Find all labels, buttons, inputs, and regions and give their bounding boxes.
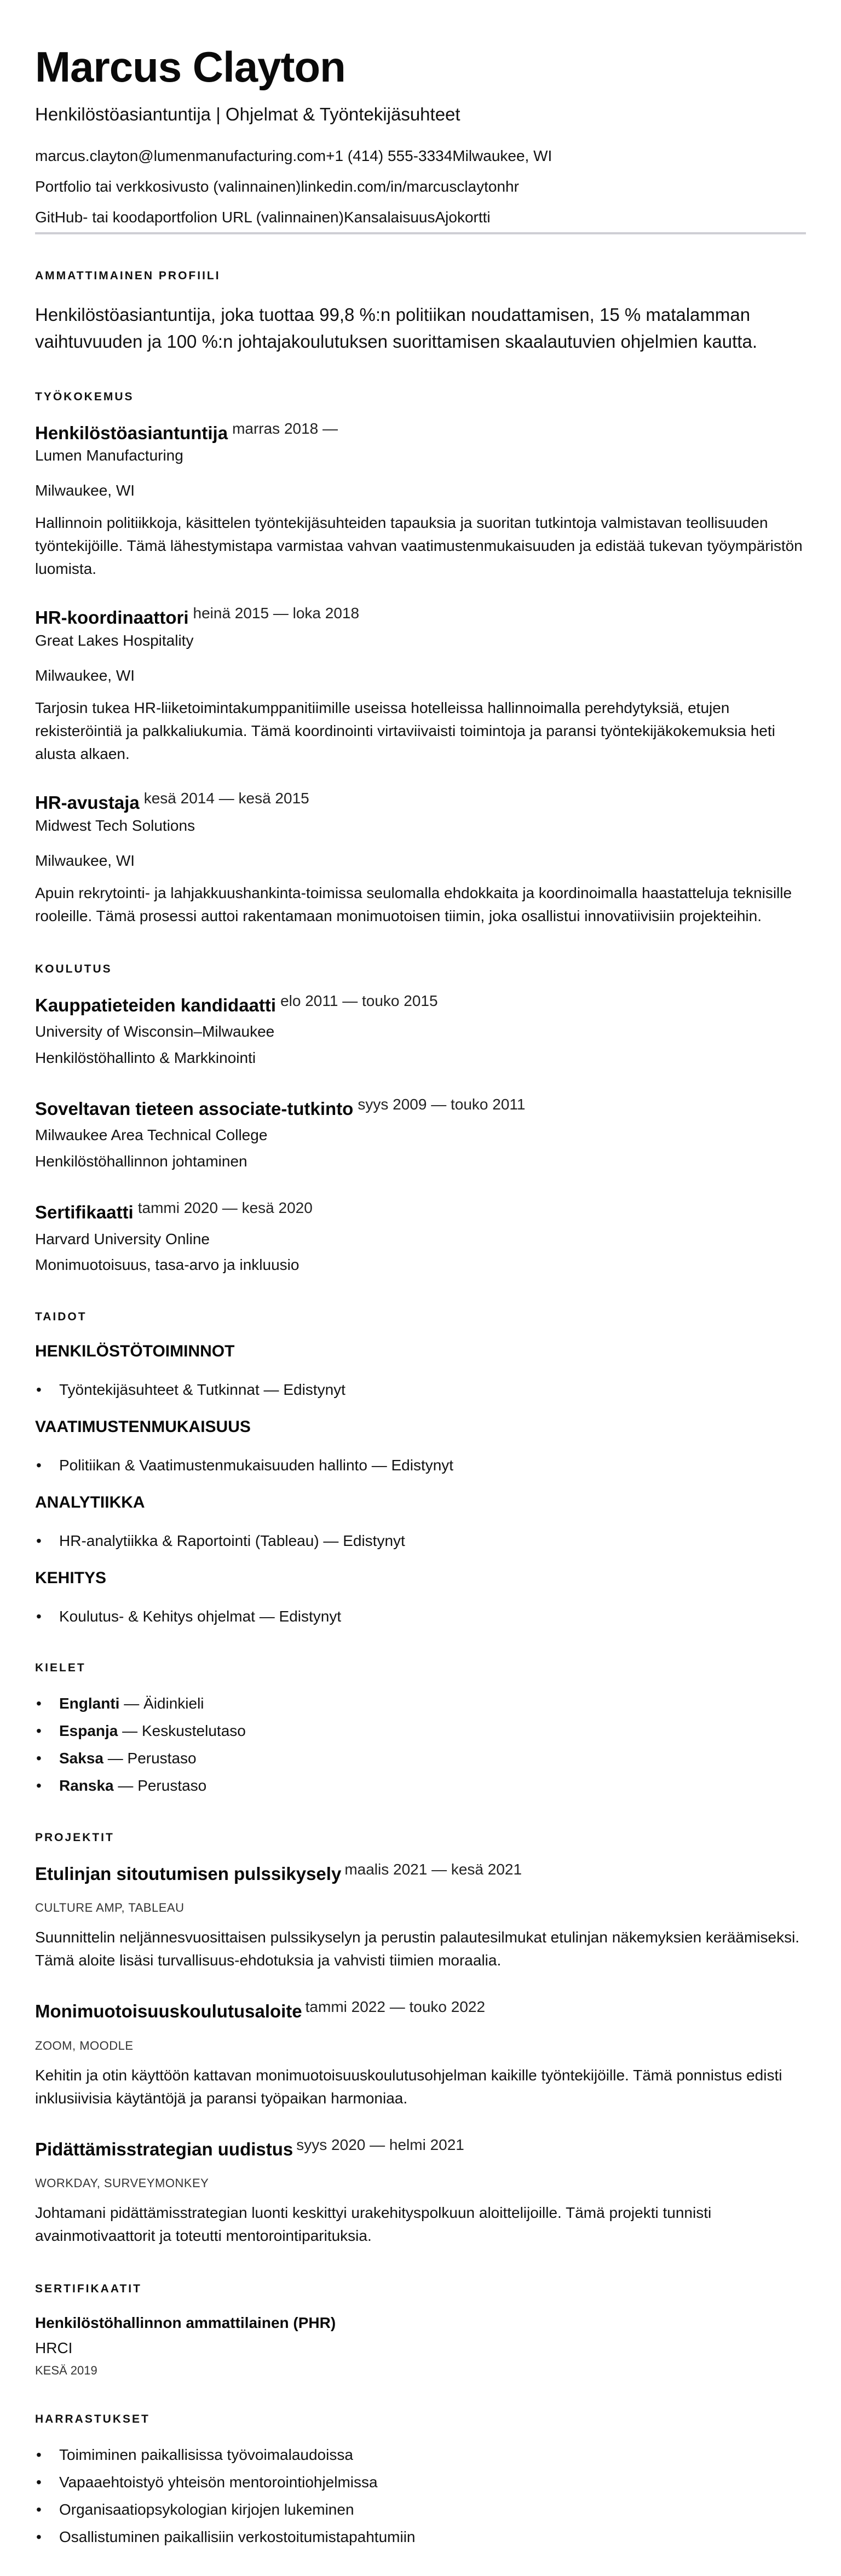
skill-group: AnalytiikkaHR-analytiikka & Raportointi … xyxy=(35,1493,806,1551)
education-date: syys 2009 — touko 2011 xyxy=(358,1096,525,1113)
language-level: Keskustelutaso xyxy=(142,1722,246,1739)
linkedin-link[interactable]: linkedin.com/in/marcusclaytonhr xyxy=(301,178,519,195)
job-description: Tarjosin tukea HR-liiketoimintakumppanit… xyxy=(35,697,813,766)
education-header: Soveltavan tieteen associate-tutkintosyy… xyxy=(35,1098,806,1120)
headline: Henkilöstöasiantuntija | Ohjelmat & Työn… xyxy=(35,103,806,127)
school-name: Milwaukee Area Technical College xyxy=(35,1125,806,1146)
resume-page: Marcus Clayton Henkilöstöasiantuntija | … xyxy=(0,0,841,2576)
skills-list: HenkilöstötoiminnotTyöntekijäsuhteet & T… xyxy=(35,1342,806,1626)
project-title: Monimuotoisuuskoulutusaloite xyxy=(35,2000,302,2022)
projects-list: Etulinjan sitoutumisen pulssikyselymaali… xyxy=(35,1863,806,2248)
job-location: Milwaukee, WI xyxy=(35,482,806,499)
hobby-item: Organisaatiopsykologian kirjojen lukemin… xyxy=(35,2499,806,2520)
education-header: Sertifikaattitammi 2020 — kesä 2020 xyxy=(35,1201,806,1223)
certificates-list: Henkilöstöhallinnon ammattilainen (PHR)H… xyxy=(35,2314,806,2378)
job-header: Henkilöstöasiantuntijamarras 2018 — xyxy=(35,422,806,444)
header-divider xyxy=(35,232,806,234)
field-of-study: Monimuotoisuus, tasa-arvo ja inkluusio xyxy=(35,1255,806,1275)
project-tech: Culture Amp, Tableau xyxy=(35,1901,806,1915)
skill-group-title: Kehitys xyxy=(35,1569,806,1588)
language-item: Saksa — Perustaso xyxy=(35,1748,806,1769)
education-date: elo 2011 — touko 2015 xyxy=(280,992,437,1010)
education-date: tammi 2020 — kesä 2020 xyxy=(138,1199,313,1217)
skill-group: HenkilöstötoiminnotTyöntekijäsuhteet & T… xyxy=(35,1342,806,1400)
education-entry: Sertifikaattitammi 2020 — kesä 2020Harva… xyxy=(35,1201,806,1275)
contact-info: marcus.clayton@lumenmanufacturing.com+1 … xyxy=(35,146,806,228)
language-name: Saksa xyxy=(59,1750,103,1767)
job-header: HR-koordinaattoriheinä 2015 — loka 2018 xyxy=(35,607,806,629)
section-title-education: Koulutus xyxy=(35,963,806,976)
job-description: Hallinnoin politiikkoja, käsittelen työn… xyxy=(35,511,813,580)
skills-section: Taidot HenkilöstötoiminnotTyöntekijäsuht… xyxy=(35,1310,806,1626)
section-title-languages: Kielet xyxy=(35,1661,806,1675)
project-title: Etulinjan sitoutumisen pulssikysely xyxy=(35,1863,341,1885)
project-description: Kehitin ja otin käyttöön kattavan monimu… xyxy=(35,2064,813,2110)
language-item: Ranska — Perustaso xyxy=(35,1775,806,1796)
certificate-date: kesä 2019 xyxy=(35,2364,806,2378)
language-item: Espanja — Keskustelutaso xyxy=(35,1721,806,1741)
languages-section: Kielet Englanti — ÄidinkieliEspanja — Ke… xyxy=(35,1661,806,1796)
section-title-skills: Taidot xyxy=(35,1310,806,1324)
project-title: Pidättämisstrategian uudistus xyxy=(35,2138,293,2160)
degree-title: Sertifikaatti xyxy=(35,1201,134,1223)
hobby-item: Osallistuminen paikallisiin verkostoitum… xyxy=(35,2527,806,2548)
hobbies-section: Harrastukset Toimiminen paikallisissa ty… xyxy=(35,2413,806,2547)
project-date: tammi 2022 — touko 2022 xyxy=(306,1998,485,2016)
email-link[interactable]: marcus.clayton@lumenmanufacturing.com xyxy=(35,147,326,164)
skill-items: Työntekijäsuhteet & Tutkinnat — Edistyny… xyxy=(35,1379,806,1400)
job-date: marras 2018 — xyxy=(232,420,338,438)
contact-row-extra: GitHub- tai koodaportfolion URL (valinna… xyxy=(35,208,806,227)
skill-item: Koulutus- & Kehitys ohjelmat — Edistynyt xyxy=(35,1606,806,1627)
language-level: Äidinkieli xyxy=(143,1695,204,1712)
drivers-license-text: Ajokortti xyxy=(435,209,491,226)
hobbies-list: Toimiminen paikallisissa työvoimalaudois… xyxy=(35,2445,806,2547)
education-list: Kauppatieteiden kandidaattielo 2011 — to… xyxy=(35,994,806,1276)
education-section: Koulutus Kauppatieteiden kandidaattielo … xyxy=(35,963,806,1276)
certificate-entry: Henkilöstöhallinnon ammattilainen (PHR)H… xyxy=(35,2314,806,2378)
phone-link[interactable]: +1 (414) 555-3334 xyxy=(326,147,452,164)
certificate-issuer: HRCI xyxy=(35,2339,806,2357)
language-separator: — xyxy=(118,1722,142,1739)
degree-title: Kauppatieteiden kandidaatti xyxy=(35,994,276,1016)
resume-header: Marcus Clayton Henkilöstöasiantuntija | … xyxy=(35,44,806,234)
contact-row-primary: marcus.clayton@lumenmanufacturing.com+1 … xyxy=(35,146,806,166)
project-header: Pidättämisstrategian uudistussyys 2020 —… xyxy=(35,2138,806,2160)
project-tech: Zoom, Moodle xyxy=(35,2039,806,2053)
language-separator: — xyxy=(103,1750,128,1767)
job-description: Apuin rekrytointi- ja lahjakkuushankinta… xyxy=(35,882,813,928)
section-title-profile: Ammattimainen profiili xyxy=(35,269,806,283)
job-location: Milwaukee, WI xyxy=(35,667,806,685)
profile-summary: Henkilöstöasiantuntija, joka tuottaa 99,… xyxy=(35,301,802,355)
language-name: Espanja xyxy=(59,1722,118,1739)
profile-section: Ammattimainen profiili Henkilöstöasiantu… xyxy=(35,269,806,355)
language-item: Englanti — Äidinkieli xyxy=(35,1693,806,1714)
language-separator: — xyxy=(114,1777,138,1794)
hobby-item: Toimiminen paikallisissa työvoimalaudois… xyxy=(35,2445,806,2465)
education-header: Kauppatieteiden kandidaattielo 2011 — to… xyxy=(35,994,806,1016)
projects-section: Projektit Etulinjan sitoutumisen pulssik… xyxy=(35,1831,806,2248)
section-title-certificates: Sertifikaatit xyxy=(35,2282,806,2296)
job-company: Great Lakes Hospitality xyxy=(35,632,806,649)
school-name: University of Wisconsin–Milwaukee xyxy=(35,1021,806,1042)
job-title: HR-koordinaattori xyxy=(35,607,189,629)
skill-items: Politiikan & Vaatimustenmukaisuuden hall… xyxy=(35,1455,806,1476)
section-title-projects: Projektit xyxy=(35,1831,806,1844)
job-entry: Henkilöstöasiantuntijamarras 2018 —Lumen… xyxy=(35,422,806,581)
school-name: Harvard University Online xyxy=(35,1229,806,1250)
language-name: Ranska xyxy=(59,1777,114,1794)
job-entry: HR-koordinaattoriheinä 2015 — loka 2018G… xyxy=(35,607,806,766)
experience-section: Työkokemus Henkilöstöasiantuntijamarras … xyxy=(35,390,806,928)
project-date: syys 2020 — helmi 2021 xyxy=(296,2136,464,2154)
job-date: kesä 2014 — kesä 2015 xyxy=(144,790,309,807)
skill-items: Koulutus- & Kehitys ohjelmat — Edistynyt xyxy=(35,1606,806,1627)
education-entry: Soveltavan tieteen associate-tutkintosyy… xyxy=(35,1098,806,1172)
certificate-name: Henkilöstöhallinnon ammattilainen (PHR) xyxy=(35,2314,806,2332)
skill-group: VaatimustenmukaisuusPolitiikan & Vaatimu… xyxy=(35,1418,806,1476)
contact-row-links: Portfolio tai verkkosivusto (valinnainen… xyxy=(35,177,806,197)
education-entry: Kauppatieteiden kandidaattielo 2011 — to… xyxy=(35,994,806,1068)
skill-group-title: Vaatimustenmukaisuus xyxy=(35,1418,806,1436)
location-text: Milwaukee, WI xyxy=(452,147,552,164)
job-date: heinä 2015 — loka 2018 xyxy=(193,605,360,622)
language-separator: — xyxy=(119,1695,143,1712)
job-location: Milwaukee, WI xyxy=(35,852,806,870)
job-title: Henkilöstöasiantuntija xyxy=(35,422,228,444)
project-entry: Etulinjan sitoutumisen pulssikyselymaali… xyxy=(35,1863,806,1973)
project-header: Etulinjan sitoutumisen pulssikyselymaali… xyxy=(35,1863,806,1885)
field-of-study: Henkilöstöhallinto & Markkinointi xyxy=(35,1048,806,1068)
candidate-name: Marcus Clayton xyxy=(35,44,806,91)
job-title: HR-avustaja xyxy=(35,792,140,814)
skill-group-title: Analytiikka xyxy=(35,1493,806,1512)
project-description: Suunnittelin neljännesvuosittaisen pulss… xyxy=(35,1926,813,1972)
github-link[interactable]: GitHub- tai koodaportfolion URL (valinna… xyxy=(35,209,344,226)
jobs-list: Henkilöstöasiantuntijamarras 2018 —Lumen… xyxy=(35,422,806,928)
project-date: maalis 2021 — kesä 2021 xyxy=(344,1861,522,1878)
citizenship-text: Kansalaisuus xyxy=(344,209,435,226)
section-title-experience: Työkokemus xyxy=(35,390,806,404)
degree-title: Soveltavan tieteen associate-tutkinto xyxy=(35,1098,353,1120)
job-company: Midwest Tech Solutions xyxy=(35,817,806,835)
skill-group: KehitysKoulutus- & Kehitys ohjelmat — Ed… xyxy=(35,1569,806,1627)
language-level: Perustaso xyxy=(137,1777,206,1794)
language-level: Perustaso xyxy=(128,1750,197,1767)
job-header: HR-avustajakesä 2014 — kesä 2015 xyxy=(35,792,806,814)
skill-item: HR-analytiikka & Raportointi (Tableau) —… xyxy=(35,1531,806,1551)
portfolio-link[interactable]: Portfolio tai verkkosivusto (valinnainen… xyxy=(35,178,301,195)
hobby-item: Vapaaehtoistyö yhteisön mentorointiohjel… xyxy=(35,2472,806,2493)
languages-list: Englanti — ÄidinkieliEspanja — Keskustel… xyxy=(35,1693,806,1796)
language-name: Englanti xyxy=(59,1695,119,1712)
section-title-hobbies: Harrastukset xyxy=(35,2413,806,2426)
certificates-section: Sertifikaatit Henkilöstöhallinnon ammatt… xyxy=(35,2282,806,2378)
skill-item: Työntekijäsuhteet & Tutkinnat — Edistyny… xyxy=(35,1379,806,1400)
job-entry: HR-avustajakesä 2014 — kesä 2015Midwest … xyxy=(35,792,806,928)
project-tech: Workday, SurveyMonkey xyxy=(35,2176,806,2190)
job-company: Lumen Manufacturing xyxy=(35,447,806,464)
skill-group-title: Henkilöstötoiminnot xyxy=(35,1342,806,1361)
project-entry: Pidättämisstrategian uudistussyys 2020 —… xyxy=(35,2138,806,2248)
project-description: Johtamani pidättämisstrategian luonti ke… xyxy=(35,2201,813,2247)
project-entry: Monimuotoisuuskoulutusaloitetammi 2022 —… xyxy=(35,2000,806,2110)
skill-item: Politiikan & Vaatimustenmukaisuuden hall… xyxy=(35,1455,806,1476)
skill-items: HR-analytiikka & Raportointi (Tableau) —… xyxy=(35,1531,806,1551)
field-of-study: Henkilöstöhallinnon johtaminen xyxy=(35,1151,806,1172)
project-header: Monimuotoisuuskoulutusaloitetammi 2022 —… xyxy=(35,2000,806,2022)
